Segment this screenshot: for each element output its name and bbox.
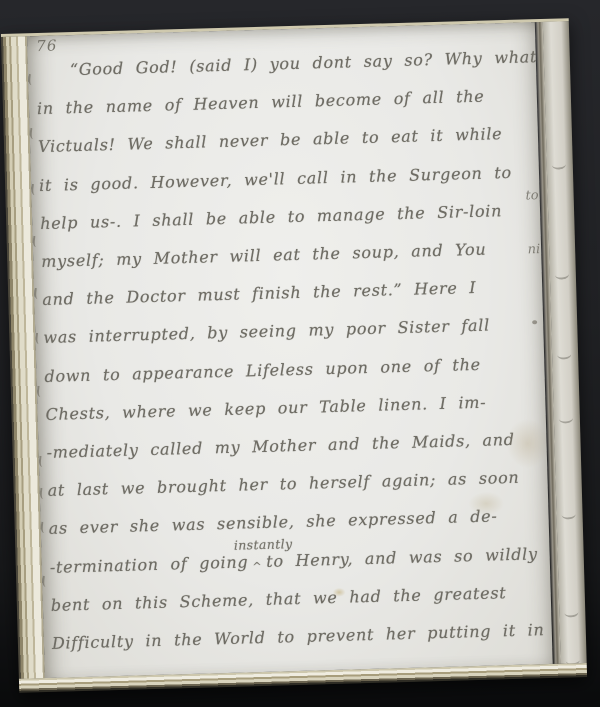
page-number: 76 [36, 36, 58, 55]
edge-writing-fragment [554, 269, 569, 281]
photo-background: 76 “Good God! (said I) you dont say so? … [0, 0, 600, 707]
edge-writing-fragment [551, 159, 566, 171]
edge-text-fragment: to [525, 188, 538, 203]
interlinear-insertion: instantly^ [248, 551, 266, 567]
manuscript-book: 76 “Good God! (said I) you dont say so? … [1, 18, 587, 693]
edge-text-fragment: ni [527, 242, 540, 257]
edge-writing-fragment [564, 606, 579, 618]
manuscript-page: 76 “Good God! (said I) you dont say so? … [27, 22, 553, 678]
edge-writing-fragment [565, 654, 580, 663]
line-text: -termination of going [50, 553, 249, 578]
edge-writing-fragment [556, 349, 571, 361]
book-spread: 76 “Good God! (said I) you dont say so? … [1, 21, 587, 679]
insertion-caret: ^ [252, 560, 262, 573]
manuscript-text: “Good God! (said I) you dont say so? Why… [36, 47, 545, 677]
edge-writing-fragment [561, 509, 576, 521]
inserted-word: instantly [234, 537, 293, 554]
edge-writing-fragment [558, 413, 573, 425]
